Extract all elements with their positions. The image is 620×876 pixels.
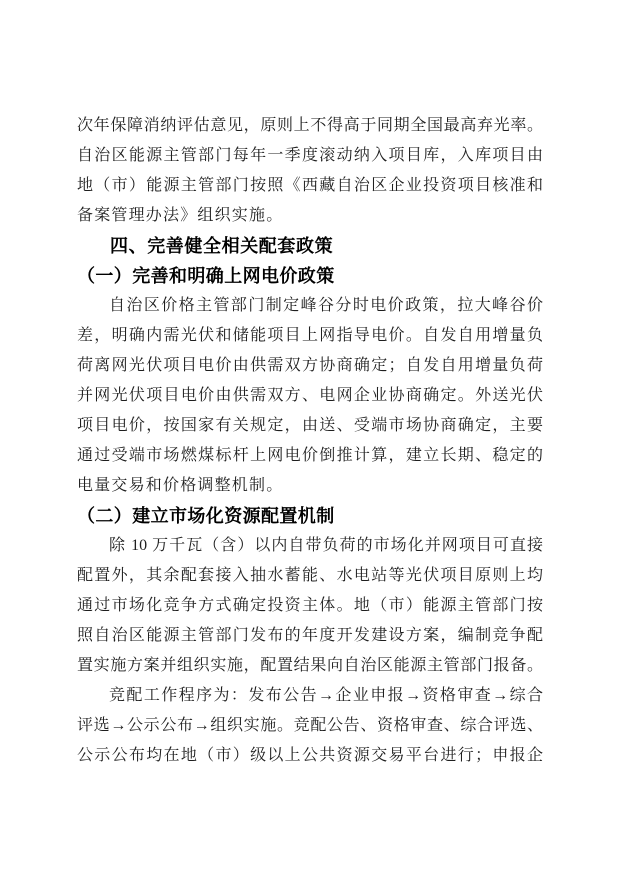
- text-line: 竞配工作程序为：发布公告→企业申报→资格审查→综合: [77, 681, 543, 711]
- text-line: 次年保障消纳评估意见，原则上不得高于同期全国最高弃光率。: [77, 111, 543, 141]
- text-line: 配置外，其余配套接入抽水蓄能、水电站等光伏项目原则上均: [77, 561, 543, 591]
- paragraph-bidding-procedure: 竞配工作程序为：发布公告→企业申报→资格审查→综合 评选→公示公布→组织实施。竞…: [77, 681, 543, 771]
- subsection-heading-2: （二）建立市场化资源配置机制: [77, 501, 543, 531]
- text-line: 置实施方案并组织实施，配置结果向自治区能源主管部门报备。: [77, 651, 543, 681]
- text-line: 并网光伏项目电价由供需双方、电网企业协商确定。外送光伏: [77, 381, 543, 411]
- text-line: 评选→公示公布→组织实施。竞配公告、资格审查、综合评选、: [77, 711, 543, 741]
- text-line: 通过市场化竞争方式确定投资主体。地（市）能源主管部门按: [77, 591, 543, 621]
- paragraph-continuation: 次年保障消纳评估意见，原则上不得高于同期全国最高弃光率。 自治区能源主管部门每年…: [77, 111, 543, 231]
- text-line: 自治区价格主管部门制定峰谷分时电价政策，拉大峰谷价: [77, 291, 543, 321]
- text-line: 照自治区能源主管部门发布的年度开发建设方案，编制竞争配: [77, 621, 543, 651]
- text-line: 公示公布均在地（市）级以上公共资源交易平台进行；申报企: [77, 741, 543, 771]
- text-line: 差，明确内需光伏和储能项目上网指导电价。自发自用增量负: [77, 321, 543, 351]
- text-line: 通过受端市场燃煤标杆上网电价倒推计算，建立长期、稳定的: [77, 441, 543, 471]
- paragraph-market-allocation: 除 10 万千瓦（含）以内自带负荷的市场化并网项目可直接 配置外，其余配套接入抽…: [77, 531, 543, 681]
- text-line: 电量交易和价格调整机制。: [77, 471, 543, 501]
- text-line: 备案管理办法》组织实施。: [77, 201, 543, 231]
- text-line: 自治区能源主管部门每年一季度滚动纳入项目库，入库项目由: [77, 141, 543, 171]
- text-line: 地（市）能源主管部门按照《西藏自治区企业投资项目核准和: [77, 171, 543, 201]
- text-line: 除 10 万千瓦（含）以内自带负荷的市场化并网项目可直接: [77, 531, 543, 561]
- text-line: 荷离网光伏项目电价由供需双方协商确定；自发自用增量负荷: [77, 351, 543, 381]
- subsection-heading-1: （一）完善和明确上网电价政策: [77, 261, 543, 291]
- document-page: 次年保障消纳评估意见，原则上不得高于同期全国最高弃光率。 自治区能源主管部门每年…: [0, 0, 620, 876]
- paragraph-pricing-policy: 自治区价格主管部门制定峰谷分时电价政策，拉大峰谷价 差，明确内需光伏和储能项目上…: [77, 291, 543, 501]
- document-content: 次年保障消纳评估意见，原则上不得高于同期全国最高弃光率。 自治区能源主管部门每年…: [77, 111, 543, 771]
- text-line: 项目电价，按国家有关规定，由送、受端市场协商确定，主要: [77, 411, 543, 441]
- section-heading: 四、完善健全相关配套政策: [110, 231, 543, 261]
